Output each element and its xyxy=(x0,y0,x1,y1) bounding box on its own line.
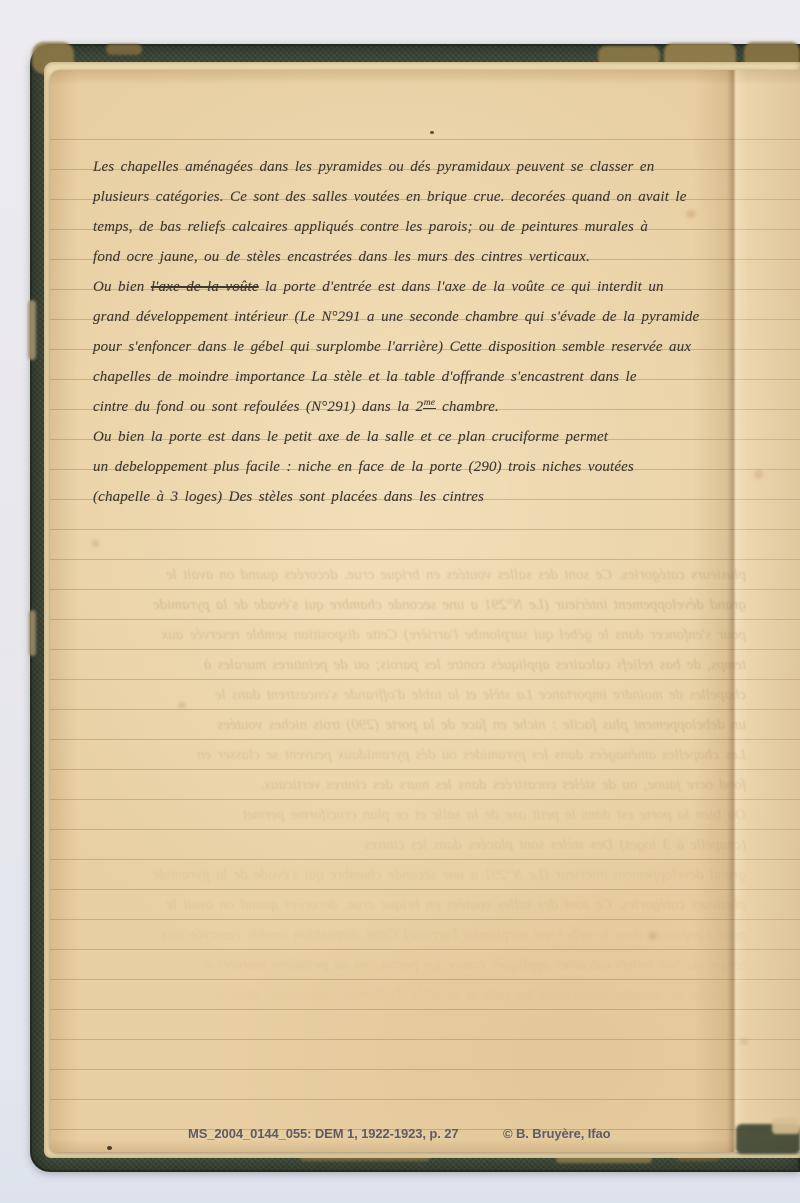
caption-reference: MS_2004_0144_055: DEM 1, 1922-1923, p. 2… xyxy=(188,1126,459,1141)
manuscript-segment: la porte d'entrée est dans l'axe de la v… xyxy=(259,279,664,295)
manuscript-line: chapelles de moindre importance La stèle… xyxy=(93,362,741,392)
foxing-spot xyxy=(178,702,186,709)
foxing-spot xyxy=(92,540,99,547)
caption-credit: © B. Bruyère, Ifao xyxy=(503,1126,610,1141)
bleedthrough-line: chapelles de moindre importance La stèle… xyxy=(90,680,746,710)
manuscript-segment: Ou bien xyxy=(93,279,151,295)
superscript-ordinal: me xyxy=(423,398,435,409)
manuscript-line: Les chapelles aménagées dans les pyramid… xyxy=(93,152,741,182)
bleedthrough-line: grand développement intérieur (Le N°291 … xyxy=(90,590,746,620)
bleedthrough-line: chapelles de moindre importance La stèle… xyxy=(90,980,746,1010)
manuscript-line: pour s'enfoncer dans le gébel qui surplo… xyxy=(93,332,741,362)
bleedthrough-line: temps, de bas reliefs calcaires appliqué… xyxy=(90,950,746,980)
manuscript-segment: cintre du fond ou sont refoulées (N°291)… xyxy=(93,399,423,415)
bleedthrough-text: plusieurs catégories. Ce sont des salles… xyxy=(90,560,746,1010)
foxing-spot xyxy=(648,932,657,940)
bleedthrough-line: plusieurs catégories. Ce sont des salles… xyxy=(90,560,746,590)
manuscript-line: temps, de bas reliefs calcaires appliqué… xyxy=(93,212,741,242)
worn-edge-patch xyxy=(28,300,36,360)
bleedthrough-line: grand développement intérieur (Le N°291 … xyxy=(90,860,746,890)
foxing-spot xyxy=(740,1038,748,1045)
strikethrough-text: l'axe de la voûte xyxy=(151,279,259,295)
notebook-page: plusieurs catégories. Ce sont des salles… xyxy=(50,70,800,1152)
bleedthrough-line: Ou bien la porte est dans le petit axe d… xyxy=(90,800,746,830)
ink-speck xyxy=(107,1146,112,1150)
manuscript-line: un debeloppement plus facile : niche en … xyxy=(93,452,741,482)
page-corner-chip xyxy=(772,1118,800,1134)
manuscript-line: fond ocre jaune, ou de stèles encastrées… xyxy=(93,242,741,272)
manuscript-line: plusieurs catégories. Ce sont des salles… xyxy=(93,182,741,212)
bleedthrough-line: temps, de bas reliefs calcaires appliqué… xyxy=(90,650,746,680)
bleedthrough-line: Les chapelles aménagées dans les pyramid… xyxy=(90,740,746,770)
bleedthrough-line: (chapelle à 3 loges) Des stèles sont pla… xyxy=(90,830,746,860)
bleedthrough-line: pour s'enfoncer dans le gébel qui surplo… xyxy=(90,620,746,650)
manuscript-text: Les chapelles aménagées dans les pyramid… xyxy=(93,152,741,512)
worn-edge-patch xyxy=(29,610,36,656)
ink-speck xyxy=(430,131,434,134)
bleedthrough-line: plusieurs catégories. Ce sont des salles… xyxy=(90,890,746,920)
manuscript-line: Ou bien l'axe de la voûte la porte d'ent… xyxy=(93,272,741,302)
manuscript-line: grand développement intérieur (Le N°291 … xyxy=(93,302,741,332)
foxing-spot xyxy=(686,210,696,218)
manuscript-line: cintre du fond ou sont refoulées (N°291)… xyxy=(93,392,741,422)
bleedthrough-line: fond ocre jaune, ou de stèles encastrées… xyxy=(90,770,746,800)
foxing-spot xyxy=(754,470,763,479)
manuscript-line: (chapelle à 3 loges) Des stèles sont pla… xyxy=(93,482,741,512)
bleedthrough-line: un debeloppement plus facile : niche en … xyxy=(90,710,746,740)
manuscript-segment: chambre. xyxy=(436,399,499,415)
manuscript-line: Ou bien la porte est dans le petit axe d… xyxy=(93,422,741,452)
worn-edge-patch xyxy=(106,44,142,55)
